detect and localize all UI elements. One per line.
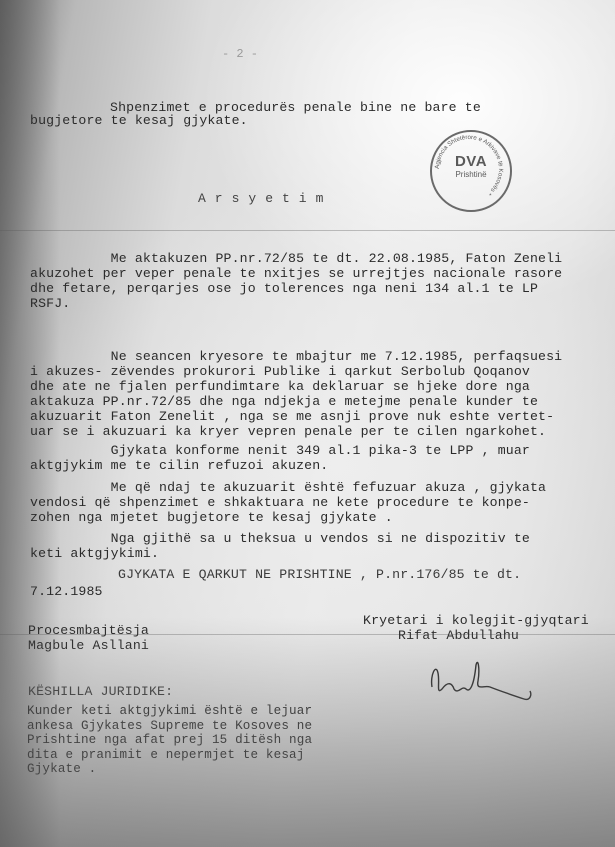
legal-advice-line: ankesa Gjykates Supreme te Kosoves ne <box>27 719 312 734</box>
legal-advice-line: Prishtine nga afat prej 15 ditësh nga <box>27 733 312 748</box>
paragraph-4-line: Me që ndaj te akuzuarit është fefuzuar a… <box>30 480 546 495</box>
paragraph-1-line: Me aktakuzen PP.nr.72/85 te dt. 22.08.19… <box>30 251 562 266</box>
clerk-title: Procesmbajtësja <box>28 623 149 638</box>
court-reference: GJYKATA E QARKUT NE PRISHTINE , P.nr.176… <box>118 567 521 582</box>
legal-advice-line: Kunder keti aktgjykimi është e lejuar <box>27 704 312 719</box>
intro-line-2: bugjetore te kesaj gjykate. <box>30 113 248 128</box>
paragraph-2-line: i akuzes- zëvendes prokurori Publike i q… <box>30 364 530 379</box>
legal-advice-line: dita e pranimit e nepermjet te kesaj <box>27 748 304 763</box>
paragraph-2-line: akuzuarit Faton Zenelit , nga se me asnj… <box>30 409 554 424</box>
paragraph-3-line: aktgjykim me te cilin refuzoi akuzen. <box>30 458 328 473</box>
clerk-name: Magbule Asllani <box>28 638 149 653</box>
fold-line <box>0 230 615 231</box>
legal-advice-heading: KËSHILLA JURIDIKE: <box>28 684 173 699</box>
paragraph-1-line: akuzohet per veper penale te nxitjes se … <box>30 266 562 281</box>
paragraph-2-line: Ne seancen kryesore te mbajtur me 7.12.1… <box>30 349 562 364</box>
section-heading: Arsyetim <box>198 191 332 206</box>
legal-advice-line: Gjykate . <box>27 762 96 777</box>
decision-date: 7.12.1985 <box>30 584 103 599</box>
stamp-city: Prishtinë <box>432 170 510 180</box>
paragraph-1-line: RSFJ. <box>30 296 70 311</box>
archive-stamp: Agjencia Shtetërore e Arkivave të Kosovë… <box>430 130 512 212</box>
stamp-title: DVA <box>432 154 510 170</box>
judge-title: Kryetari i kolegjit-gjyqtari <box>363 613 589 628</box>
paragraph-2-line: aktakuza PP.nr.72/85 dhe nga ndjekja e m… <box>30 394 538 409</box>
paragraph-5-line: Nga gjithë sa u theksua u vendos si ne d… <box>30 531 530 546</box>
judge-signature <box>428 655 558 705</box>
paragraph-2-line: dhe ate ne fjalen perfundimtare ka dekla… <box>30 379 530 394</box>
paragraph-3-line: Gjykata konforme nenit 349 al.1 pika-3 t… <box>30 443 530 458</box>
page-number: - 2 - <box>222 47 258 61</box>
paragraph-4-line: vendosi që shpenzimet e shkaktuara ne ke… <box>30 495 530 510</box>
paragraph-2-line: uar se i akuzuari ka kryer vepren penale… <box>30 424 546 439</box>
paragraph-4-line: zohen nga mjetet bugjetore te kesaj gjyk… <box>30 510 393 525</box>
paragraph-1-line: dhe fetare, perqarjes ose jo tolerences … <box>30 281 538 296</box>
judge-name: Rifat Abdullahu <box>398 628 519 643</box>
paragraph-5-line: keti aktgjykimi. <box>30 546 159 561</box>
